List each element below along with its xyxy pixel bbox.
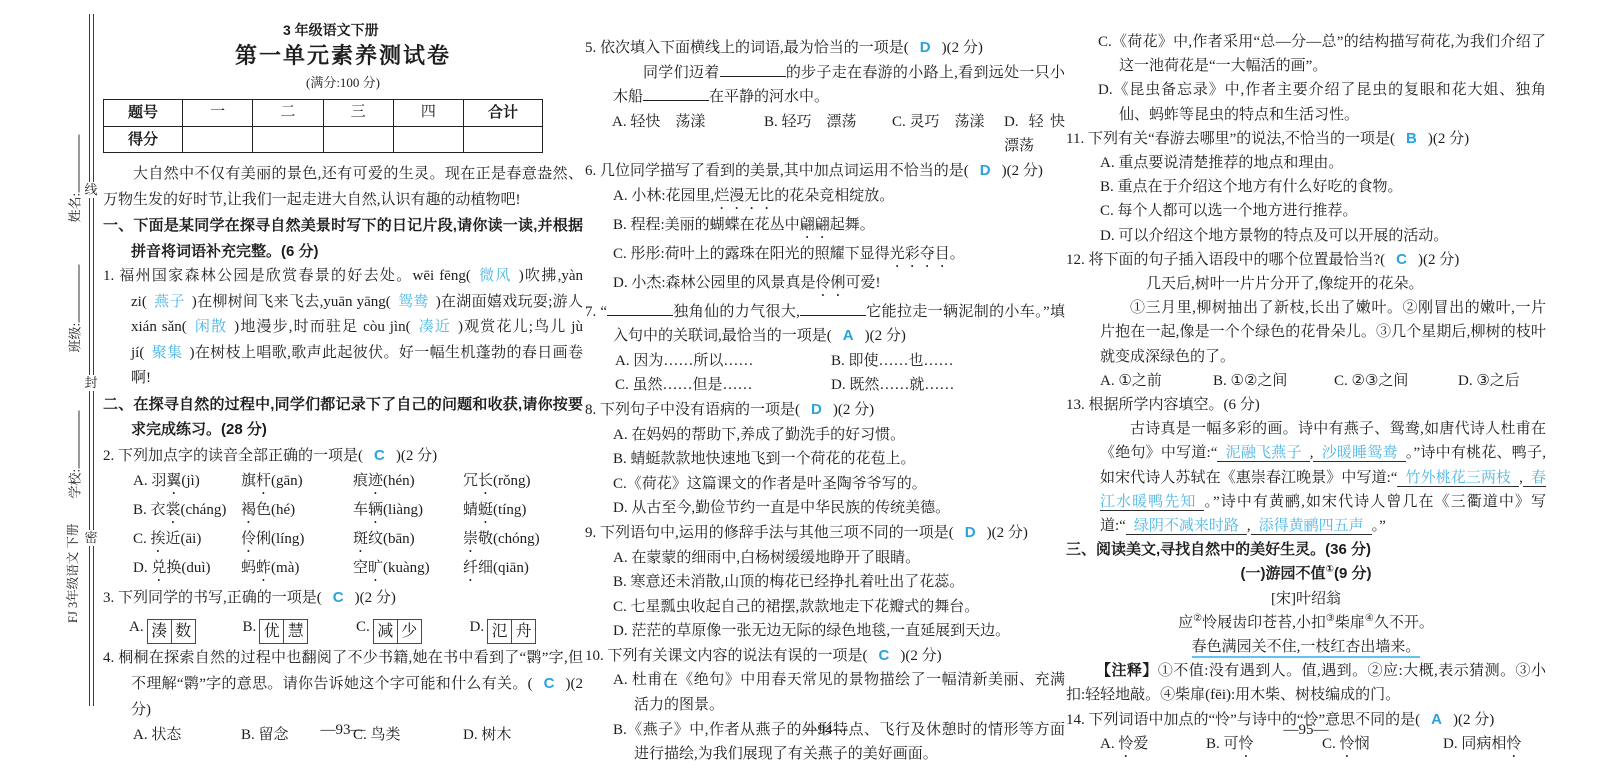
option-letter: B.	[243, 619, 257, 635]
superscript-ref: ④	[1365, 613, 1374, 624]
text: (rǒng)	[493, 473, 531, 489]
text: 3. 下列同学的书写,正确的一项是(	[103, 590, 322, 606]
boxed-character: 湊	[147, 619, 172, 644]
dotted-emphasis-text: 蚱	[256, 560, 271, 576]
text: (tíng)	[493, 502, 526, 518]
text: )(2 分)	[900, 648, 941, 664]
text: 换(duì)	[166, 560, 210, 576]
option-cell: 纤细(qiān)	[463, 556, 583, 585]
text: 1. 福州国家森林公园是欣赏春景的好去处。wēi fēng(	[103, 268, 471, 284]
option-cell: B. ①②之间	[1213, 369, 1334, 393]
section-1-heading: 一、下面是某同学在探寻自然美景时写下的日记片段,请你读一读,并根据拼音将词语补充…	[103, 213, 583, 264]
question-11-option-a: A. 重点要说清楚推荐的地点和理由。	[1100, 151, 1546, 175]
option-cell: D. 既然……就……	[831, 373, 1065, 398]
page-93: 3 年级语文下册 第一单元素养测试卷 (满分:100 分) 题号 一 二 三 四…	[103, 20, 583, 749]
text: 纹(bān)	[368, 531, 415, 547]
question-2-stem: 2. 下列加点字的读音全部正确的一项是(C)(2 分)	[103, 443, 583, 470]
text: 旗	[241, 473, 256, 489]
option-cell: 崇敬(chóng)	[463, 527, 583, 556]
printed-answer: C	[322, 589, 355, 606]
superscript-ref: ②	[1193, 613, 1202, 624]
option-cell: D. 轻快 漂荡	[1004, 110, 1065, 159]
question-12-options: A. ①之前 B. ①②之间 C. ②③之间 D. ③之后	[1100, 369, 1546, 393]
text: 4. 桐桐在探索自然的过程中也翻阅了不少书籍,她在书中看到了“鹮”字,但不理解“…	[103, 650, 583, 693]
fill-in-answer-underlined: 泥融飞燕子	[1217, 445, 1309, 462]
option-b: B.优慧	[243, 615, 357, 644]
text: )在树枝上唱歌,歌声此起彼伏。好一幅生机蓬勃的春日画卷啊!	[131, 345, 583, 387]
option-cell: A. 因为……所以……	[615, 349, 831, 374]
poem-line-1: 应②怜屐齿印苍苔,小扣③柴扉④久不开。	[1066, 611, 1546, 635]
text: 6. 几位同学描写了看到的美景,其中加点词运用不恰当的是(	[585, 163, 969, 179]
question-10-option-c: C.《荷花》中,作者采用“总—分—总”的结构描写荷花,为我们介绍了这一池荷花是“…	[1098, 30, 1546, 78]
option-cell: 车辆(liàng)	[353, 498, 463, 527]
boxed-character: 慧	[283, 619, 308, 644]
printed-answer: D	[954, 524, 987, 541]
question-6-option-b: B. 程程:美丽的蝴蝶在花丛中翩翩起舞。	[613, 213, 1065, 242]
text: B. 衣	[133, 502, 166, 518]
text: 可爱!	[846, 275, 881, 291]
score-table-header-row: 题号 一 二 三 四 合计	[104, 100, 543, 127]
dotted-emphasis-text: 斑	[353, 531, 368, 547]
text: )在柳树间飞来飞去,yuān yāng(	[192, 294, 391, 310]
poem-notes: 【注释】①不值:没有遇到人。值,遇到。②应:大概,表示猜测。③小扣:轻轻地敲。④…	[1066, 659, 1546, 707]
text: 俐(líng)	[256, 531, 304, 547]
score-table: 题号 一 二 三 四 合计 得分	[103, 99, 543, 153]
text: (kuàng)	[383, 560, 430, 576]
option-cell: C. 挨近(āi)	[133, 527, 241, 556]
page-95: C.《荷花》中,作者采用“总—分—总”的结构描写荷花,为我们介绍了这一池荷花是“…	[1066, 30, 1546, 761]
intro-paragraph: 大自然中不仅有美丽的景色,还有可爱的生灵。现在正是春意盎然、万物生发的好时节,让…	[103, 162, 583, 213]
question-5-passage: 同学们迈着的步子走在春游的小路上,看到远处一只小木船在平静的河水中。	[613, 61, 1065, 110]
printed-answer: C	[533, 675, 566, 692]
page-number-95: —95—	[1066, 722, 1546, 739]
question-8-option-d: D. 从古至今,勤俭节约一直是中华民族的传统美德。	[613, 496, 1065, 521]
question-2-options-row-c: C. 挨近(āi) 伶俐(líng) 斑纹(bān) 崇敬(chóng)	[133, 527, 583, 556]
exam-paper-scan: { "margin": { "seal_chars": ["线", "封", "…	[0, 0, 1600, 772]
school-blank-line	[67, 411, 80, 469]
option-c: C.减少	[356, 615, 470, 644]
name-field-label: 姓名:	[65, 99, 84, 223]
text: 起舞。	[830, 217, 875, 233]
class-blank-line	[67, 265, 80, 323]
text: 空	[353, 560, 368, 576]
dotted-emphasis-text: 伶俐	[816, 275, 846, 291]
question-8-option-c: C.《荷花》这篇课文的作者是叶圣陶爷爷写的。	[613, 472, 1065, 497]
printed-answer: D	[969, 162, 1002, 179]
printed-answer: C	[868, 647, 901, 664]
option-cell: 空旷(kuàng)	[353, 556, 463, 585]
page-number-93: —93—	[103, 722, 583, 739]
score-cell-empty	[464, 126, 543, 153]
poem-author: [宋]叶绍翁	[1066, 587, 1546, 611]
dotted-emphasis-text: 翩翩	[800, 217, 830, 233]
text: 12. 将下面的句子插入语段中的哪个位置最恰当?(	[1066, 252, 1385, 268]
option-cell: 斑纹(bān)	[353, 527, 463, 556]
score-cell-empty	[183, 126, 253, 153]
option-letter: C.	[356, 619, 370, 635]
reading-title: (一)游园不值①(9 分)	[1066, 562, 1546, 586]
option-cell: C. 灵巧 荡漾	[892, 110, 1004, 159]
dotted-emphasis-text: 杆	[256, 473, 271, 489]
option-cell: B. 衣裳(cháng)	[133, 498, 241, 527]
seal-char-mi: 密	[82, 530, 100, 546]
text: A. 小林:花园里,	[613, 188, 714, 204]
text: (9 分)	[1334, 565, 1372, 582]
fill-in-answer: 微风	[471, 268, 519, 284]
dotted-emphasis-text: 迹	[368, 473, 383, 489]
question-9-stem: 9. 下列语句中,运用的修辞手法与其他三项不同的一项是(D)(2 分)	[585, 521, 1065, 546]
question-7-stem: 7. “独角仙的力气很大,它能拉走一辆泥制的小车。”填入句中的关联词,最恰当的一…	[585, 300, 1065, 349]
option-cell: C. ②③之间	[1334, 369, 1458, 393]
option-cell: A. 轻快 荡漾	[612, 110, 764, 159]
boxed-character: 舟	[511, 619, 536, 644]
question-10-stem: 10. 下列有关课文内容的说法有误的一项是(C)(2 分)	[585, 644, 1065, 669]
printed-answer: C	[1385, 251, 1418, 268]
text: 细(qiān)	[478, 560, 529, 576]
score-cell-empty	[253, 126, 323, 153]
text: 车	[353, 502, 368, 518]
fill-in-answer-underlined: 绿阴不减来时路	[1126, 518, 1247, 535]
boxed-character: 减	[373, 619, 398, 644]
question-11-option-d: D. 可以介绍这个地方景物的特点及可以开展的活动。	[1100, 224, 1546, 248]
name-blank-line	[67, 135, 80, 193]
dotted-emphasis-text: 长	[478, 473, 493, 489]
text: 。”	[1372, 518, 1386, 534]
option-cell: 旗杆(gān)	[241, 469, 353, 498]
question-12-passage: ①三月里,柳树抽出了新枝,长出了嫩叶。②刚冒出的嫩叶,一片片抱在一起,像是一个个…	[1100, 296, 1546, 369]
text: )地漫步,时而驻足 còu jìn(	[234, 319, 410, 335]
text: 。	[950, 246, 965, 262]
text: 11. 下列有关“春游去哪里”的说法,不恰当的一项是(	[1066, 131, 1395, 147]
section-3-heading: 三、阅读美文,寻找自然中的美好生灵。(36 分)	[1066, 538, 1546, 562]
boxed-character: 氾	[487, 619, 512, 644]
seal-char-xian: 线	[82, 182, 100, 198]
fill-in-answer-underlined: 沙暖睡鸳鸯	[1313, 445, 1405, 462]
question-6-stem: 6. 几位同学描写了看到的美景,其中加点词运用不恰当的是(D)(2 分)	[585, 159, 1065, 184]
question-8-option-b: B. 蜻蜓款款地快速地飞到一个荷花的花苞上。	[613, 447, 1065, 472]
boxed-character: 优	[259, 619, 284, 644]
printed-answer: C	[363, 447, 396, 464]
question-9-option-c: C. 七星瓢虫收起自己的裙摆,款款地走下花瓣式的舞台。	[613, 595, 1065, 620]
option-letter: D.	[470, 619, 485, 635]
text: 敬(chóng)	[478, 531, 540, 547]
text: 8. 下列句子中没有语病的一项是(	[585, 402, 800, 418]
text: C.	[133, 531, 151, 547]
text: C. 彤彤:荷叶上的露珠在阳光的照耀下显得	[613, 246, 890, 262]
bold-text: 【注释】	[1096, 662, 1158, 679]
page-94: 5. 依次填入下面横线上的词语,最为恰当的一项是(D)(2 分) 同学们迈着的步…	[585, 36, 1065, 767]
text: 10. 下列有关课文内容的说法有误的一项是(	[585, 648, 868, 664]
dotted-emphasis-text: 辆	[368, 502, 383, 518]
text: )(2 分)	[942, 40, 983, 56]
text: (一)游园不值	[1241, 565, 1326, 582]
option-a: A.湊数	[129, 615, 243, 644]
text: 9. 下列语句中,运用的修辞手法与其他三项不同的一项是(	[585, 525, 954, 541]
score-header-cell: 题号	[104, 100, 183, 127]
option-cell: 冗长(rǒng)	[463, 469, 583, 498]
school-field-label: 学校:	[65, 375, 84, 499]
text: 蚂	[241, 560, 256, 576]
question-6-option-d: D. 小杰:森林公园里的风景真是伶俐可爱!	[613, 271, 1065, 300]
printed-answer: B	[1395, 130, 1428, 147]
question-10-option-a: A. 杜甫在《绝句》中用春天常见的景物描绘了一幅清新美丽、充满活力的图景。	[613, 668, 1065, 717]
superscript-ref: ①	[1326, 564, 1334, 575]
score-cell-empty	[393, 126, 463, 153]
blank-underline	[720, 63, 786, 77]
text: )(2 分)	[833, 402, 874, 418]
question-13-passage: 古诗真是一幅多彩的画。诗中有燕子、鸳鸯,如唐代诗人杜甫在《绝句》中写道:“泥融飞…	[1100, 417, 1546, 538]
printed-answer: A	[832, 327, 865, 344]
text: (gān)	[271, 473, 303, 489]
option-cell: D. 兑换(duì)	[133, 556, 241, 585]
text: (hén)	[383, 473, 415, 489]
class-label-text: 班级:	[68, 323, 83, 353]
option-cell: C. 虽然……但是……	[615, 373, 831, 398]
question-9-option-a: A. 在蒙蒙的细雨中,白杨树缓缓地睁开了眼睛。	[613, 546, 1065, 571]
text: 独角仙的力气很大,	[673, 304, 800, 320]
text: (jì)	[181, 473, 199, 489]
text: D. 小杰:森林公园里的风景真是	[613, 275, 816, 291]
question-2-options-row-d: D. 兑换(duì) 蚂蚱(mà) 空旷(kuàng) 纤细(qiān)	[133, 556, 583, 585]
text: (mà)	[271, 560, 299, 576]
name-label-text: 姓名:	[68, 193, 83, 223]
option-cell: 伶俐(líng)	[241, 527, 353, 556]
text: 近(āi)	[166, 531, 202, 547]
dotted-emphasis-text: 蜓	[478, 502, 493, 518]
question-4-stem: 4. 桐桐在探索自然的过程中也翻阅了不少书籍,她在书中看到了“鹮”字,但不理解“…	[103, 646, 583, 724]
text: 冗	[463, 473, 478, 489]
blank-underline	[607, 302, 673, 316]
text: )(2 分)	[355, 590, 396, 606]
option-cell: A. ①之前	[1100, 369, 1213, 393]
question-10-option-d: D.《昆虫备忘录》中,作者主要介绍了昆虫的复眼和花大姐、独角仙、蚂蚱等昆虫的特点…	[1098, 78, 1546, 126]
text: )(2 分)	[1002, 163, 1043, 179]
text: 2. 下列加点字的读音全部正确的一项是(	[103, 448, 363, 464]
dotted-emphasis-text: 烂漫无比	[714, 188, 774, 204]
question-2-options-row-b: B. 衣裳(cháng) 褐色(hé) 车辆(liàng) 蜻蜓(tíng)	[133, 498, 583, 527]
option-cell: 蜻蜓(tíng)	[463, 498, 583, 527]
question-9-option-d: D. 茫茫的草原像一张无边无际的绿色地毯,一直延展到天边。	[613, 619, 1065, 644]
score-cell-empty	[323, 126, 393, 153]
question-12-insert-sentence: 几天后,树叶一片片分开了,像绽开的花朵。	[1100, 272, 1546, 296]
dotted-emphasis-text: 纤	[463, 560, 478, 576]
text: 色(hé)	[256, 502, 295, 518]
question-7-options: A. 因为……所以…… B. 即使……也…… C. 虽然……但是…… D. 既然…	[615, 349, 1065, 398]
score-table-score-row: 得分	[104, 126, 543, 153]
option-cell: B. 轻巧 漂荡	[764, 110, 892, 159]
question-11-stem: 11. 下列有关“春游去哪里”的说法,不恰当的一项是(B)(2 分)	[1066, 127, 1546, 151]
option-d: D.氾舟	[470, 615, 584, 644]
text: 应	[1178, 615, 1193, 631]
text: )(2 分)	[865, 328, 906, 344]
option-cell: B. 即使……也……	[831, 349, 1065, 374]
question-11-option-b: B. 重点在于介绍这个地方有什么好吃的食物。	[1100, 175, 1546, 199]
dotted-emphasis-text: 旷	[368, 560, 383, 576]
question-6-option-a: A. 小林:花园里,烂漫无比的花朵竞相绽放。	[613, 184, 1065, 213]
text: B. 程程:美丽的蝴蝶在花丛中	[613, 217, 800, 233]
question-5-options: A. 轻快 荡漾 B. 轻巧 漂荡 C. 灵巧 荡漾 D. 轻快 漂荡	[612, 110, 1065, 159]
edition-label: FJ 3年级语文 下册	[63, 493, 81, 623]
blue-underlined-text: 春色满园关不住,一枝红杏出墙来。	[1192, 639, 1421, 658]
option-cell: 痕迹(hén)	[353, 469, 463, 498]
text: )(2 分)	[1428, 131, 1469, 147]
score-header-cell: 一	[183, 100, 253, 127]
blank-underline	[643, 87, 709, 101]
text: 7. “	[585, 304, 607, 320]
page-number-94: —94—	[585, 722, 1065, 739]
score-row-label: 得分	[104, 126, 183, 153]
question-8-option-a: A. 在妈妈的帮助下,养成了勤洗手的好习惯。	[613, 423, 1065, 448]
dotted-emphasis-text: 裳	[166, 502, 181, 518]
question-3-stem: 3. 下列同学的书写,正确的一项是(C)(2 分)	[103, 585, 583, 612]
question-13-stem: 13. 根据所学内容填空。(6 分)	[1066, 393, 1546, 417]
text: 同学们迈着	[643, 65, 720, 81]
boxed-character: 数	[171, 619, 196, 644]
score-header-cell: 三	[323, 100, 393, 127]
section-2-heading: 二、在探寻自然的过程中,同学们都记录下了自己的问题和收获,请你按要求完成练习。(…	[103, 392, 583, 443]
text: 痕	[353, 473, 368, 489]
superscript-ref: ③	[1326, 613, 1335, 624]
paper-title: 第一单元素养测试卷	[103, 40, 583, 72]
text: 柴扉	[1335, 615, 1365, 631]
question-12-stem: 12. 将下面的句子插入语段中的哪个位置最恰当?(C)(2 分)	[1066, 248, 1546, 272]
question-8-stem: 8. 下列句子中没有语病的一项是(D)(2 分)	[585, 398, 1065, 423]
fill-in-answer: 聚集	[144, 345, 189, 361]
fill-in-answer: 燕子	[147, 294, 192, 310]
text: 久不开。	[1374, 615, 1434, 631]
poem-line-2: 春色满园关不住,一枝红杏出墙来。	[1066, 635, 1546, 659]
fill-in-answer: 凑近	[411, 319, 458, 335]
dotted-emphasis-text: 挨	[151, 531, 166, 547]
question-1: 1. 福州国家森林公园是欣赏春景的好去处。wēi fēng(微风)吹拂,yàn …	[103, 264, 583, 392]
class-field-label: 班级:	[65, 229, 84, 353]
text: 的花朵竞相绽放。	[774, 188, 894, 204]
score-header-cell: 合计	[464, 100, 543, 127]
option-cell: A. 羽翼(jì)	[133, 469, 241, 498]
text: 在平静的河水中。	[709, 89, 829, 105]
fill-in-answer-underlined: 添得黄鹂四五声	[1251, 518, 1372, 535]
dotted-emphasis-text: 伶	[241, 531, 256, 547]
text: )(2 分)	[987, 525, 1028, 541]
seal-line	[89, 14, 94, 706]
paper-subtitle: (满分:100 分)	[103, 72, 583, 94]
question-5-stem: 5. 依次填入下面横线上的词语,最为恰当的一项是(D)(2 分)	[585, 36, 1065, 61]
fill-in-answer-underlined: 竹外桃花三两枝	[1397, 470, 1519, 487]
option-cell: 褐色(hé)	[241, 498, 353, 527]
text: A. 羽	[133, 473, 166, 489]
printed-answer: D	[800, 401, 833, 418]
score-header-cell: 二	[253, 100, 323, 127]
question-3-options: A.湊数 B.优慧 C.减少 D.氾舟	[129, 615, 583, 644]
text: (liàng)	[383, 502, 423, 518]
dotted-emphasis-text: 光彩夺目	[890, 246, 950, 262]
text: (cháng)	[181, 502, 227, 518]
option-cell: 蚂蚱(mà)	[241, 556, 353, 585]
option-cell: D. ③之后	[1458, 369, 1546, 393]
question-6-option-c: C. 彤彤:荷叶上的露珠在阳光的照耀下显得光彩夺目。	[613, 242, 1065, 271]
printed-answer: D	[909, 39, 942, 56]
option-letter: A.	[129, 619, 144, 635]
text: 蜻	[463, 502, 478, 518]
dotted-emphasis-text: 崇	[463, 531, 478, 547]
question-11-option-c: C. 每个人都可以选一个地方进行推荐。	[1100, 199, 1546, 223]
fill-in-answer: 闲散	[187, 319, 234, 335]
blank-underline	[800, 302, 866, 316]
text: 5. 依次填入下面横线上的词语,最为恰当的一项是(	[585, 40, 909, 56]
text: D.	[133, 560, 151, 576]
question-9-option-b: B. 寒意还未消散,山顶的梅花已经挣扎着吐出了花蕊。	[613, 570, 1065, 595]
fill-in-answer: 鸳鸯	[391, 294, 436, 310]
text: 怜屐齿印苍苔,小扣	[1202, 615, 1326, 631]
seal-char-feng: 封	[82, 375, 100, 391]
boxed-character: 少	[397, 619, 422, 644]
text: )(2 分)	[396, 448, 437, 464]
dotted-emphasis-text: 翼	[166, 473, 181, 489]
dotted-emphasis-text: 兑	[151, 560, 166, 576]
book-label: 3 年级语文下册	[283, 20, 583, 40]
text: )(2 分)	[1418, 252, 1459, 268]
dotted-emphasis-text: 褐	[241, 502, 256, 518]
score-header-cell: 四	[393, 100, 463, 127]
question-2-options-row-a: A. 羽翼(jì) 旗杆(gān) 痕迹(hén) 冗长(rǒng)	[133, 469, 583, 498]
